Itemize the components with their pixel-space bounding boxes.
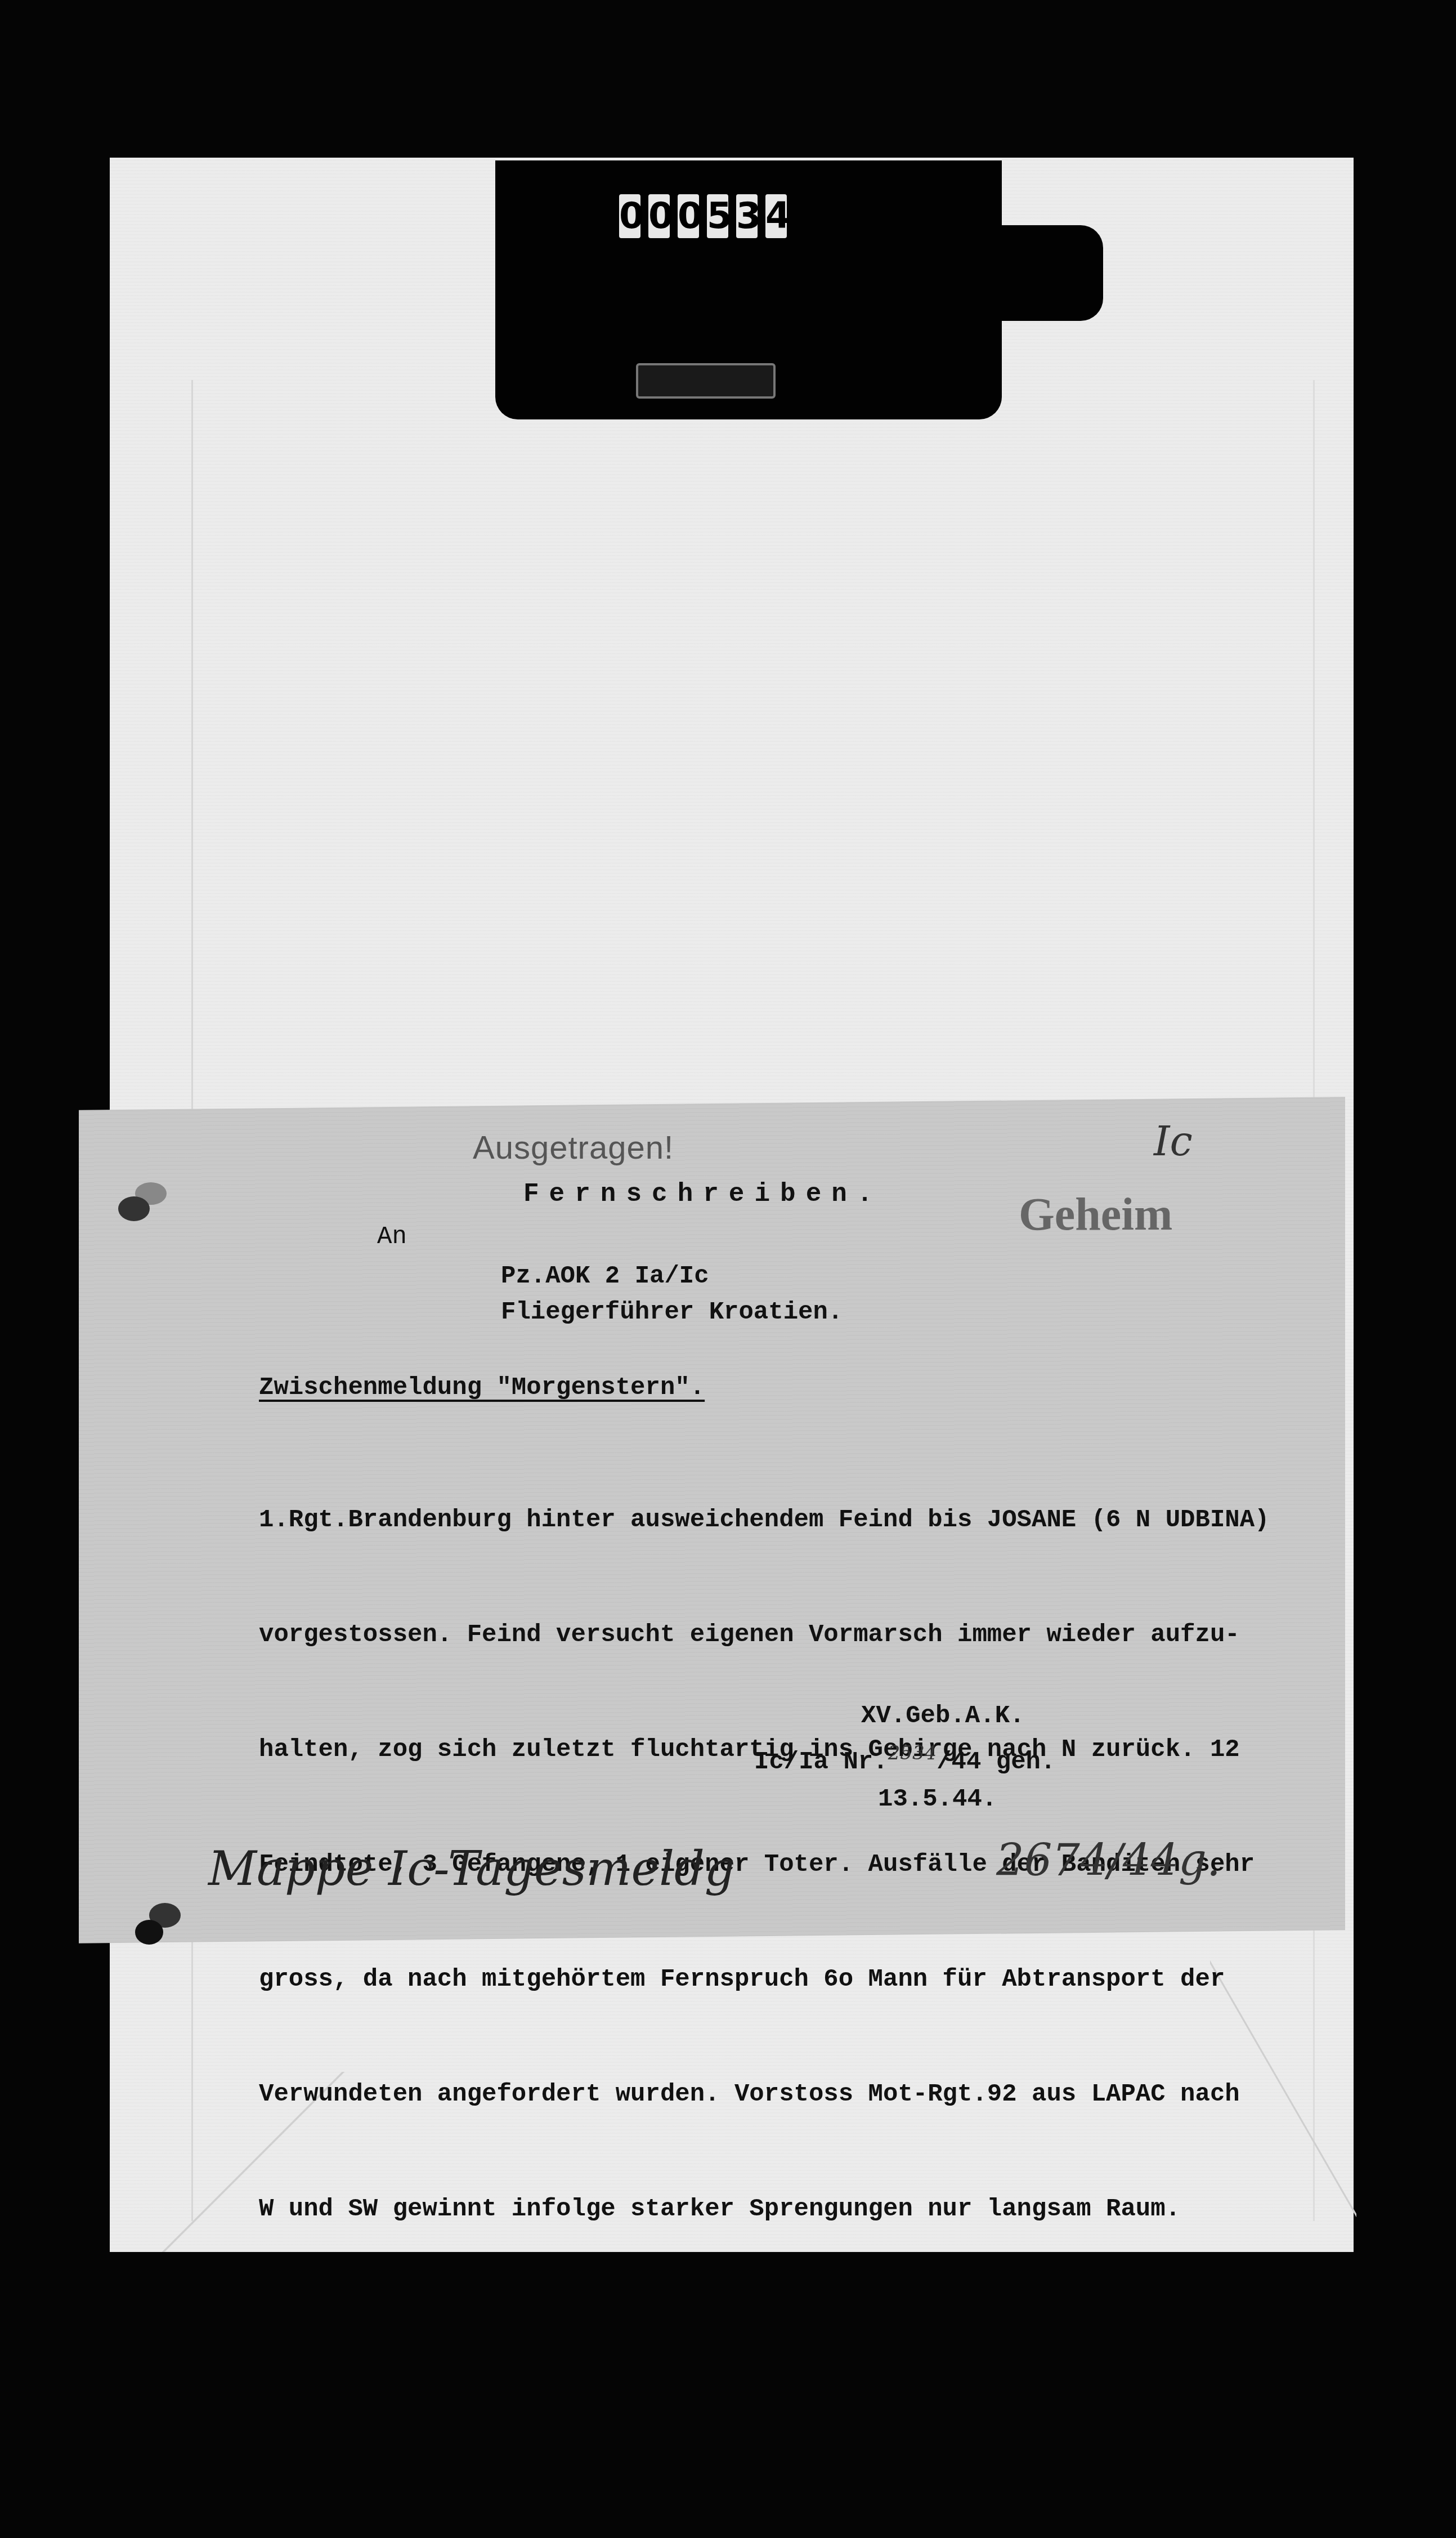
document-title: Fernschreiben. bbox=[523, 1179, 882, 1209]
counter-digit: 0 bbox=[648, 194, 670, 238]
counter-nameplate bbox=[636, 363, 776, 399]
punch-hole-icon bbox=[118, 1196, 150, 1221]
frame-counter-digits: 0 0 0 5 3 4 bbox=[619, 194, 787, 238]
recipient-line: Fliegerführer Kroatien. bbox=[501, 1294, 843, 1330]
subject-line: Zwischenmeldung "Morgenstern". bbox=[259, 1374, 705, 1402]
body-line: gross, da nach mitgehörtem Fernspruch 6o… bbox=[259, 1960, 1328, 1999]
recipient-label: An bbox=[377, 1223, 407, 1251]
classification-stamp: Geheim bbox=[1019, 1188, 1172, 1241]
recipient-line: Pz.AOK 2 Ia/Ic bbox=[501, 1258, 843, 1294]
reference-prefix: Ic/Ia Nr. bbox=[754, 1748, 888, 1776]
counter-digit: 5 bbox=[707, 194, 728, 238]
body-line: Verwundeten angefordert wurden. Vorstoss… bbox=[259, 2075, 1328, 2113]
handwritten-file-number: 2674/44g. bbox=[996, 1835, 1221, 1886]
reference-suffix: /44 geh. bbox=[937, 1748, 1055, 1776]
body-line: vorgestossen. Feind versucht eigenen Vor… bbox=[259, 1616, 1328, 1654]
ausgetragen-stamp: Ausgetragen! bbox=[473, 1129, 674, 1167]
handwritten-filing-note: Mappe Ic-Tagesmeldg bbox=[208, 1841, 735, 1896]
handwritten-ic-mark: Ic bbox=[1154, 1118, 1193, 1165]
sender-date: 13.5.44. bbox=[754, 1781, 1055, 1818]
recipients-block: Pz.AOK 2 Ia/Ic Fliegerführer Kroatien. bbox=[501, 1258, 843, 1330]
body-line: W und SW gewinnt infolge starker Sprengu… bbox=[259, 2190, 1328, 2228]
punch-hole-icon bbox=[135, 1920, 163, 1945]
counter-digit: 0 bbox=[678, 194, 699, 238]
sender-block: XV.Geb.A.K. Ic/Ia Nr.2534/44 geh. 13.5.4… bbox=[754, 1697, 1055, 1818]
sender-unit: XV.Geb.A.K. bbox=[754, 1697, 1055, 1735]
reference-number: Ic/Ia Nr.2534/44 geh. bbox=[754, 1735, 1055, 1781]
counter-digit: 3 bbox=[736, 194, 758, 238]
body-line: 1.Rgt.Brandenburg hinter ausweichendem F… bbox=[259, 1501, 1328, 1539]
frame-counter-knob bbox=[1002, 225, 1103, 321]
counter-digit: 4 bbox=[765, 194, 787, 238]
counter-digit: 0 bbox=[619, 194, 640, 238]
reference-handwritten: 2534 bbox=[888, 1742, 937, 1764]
